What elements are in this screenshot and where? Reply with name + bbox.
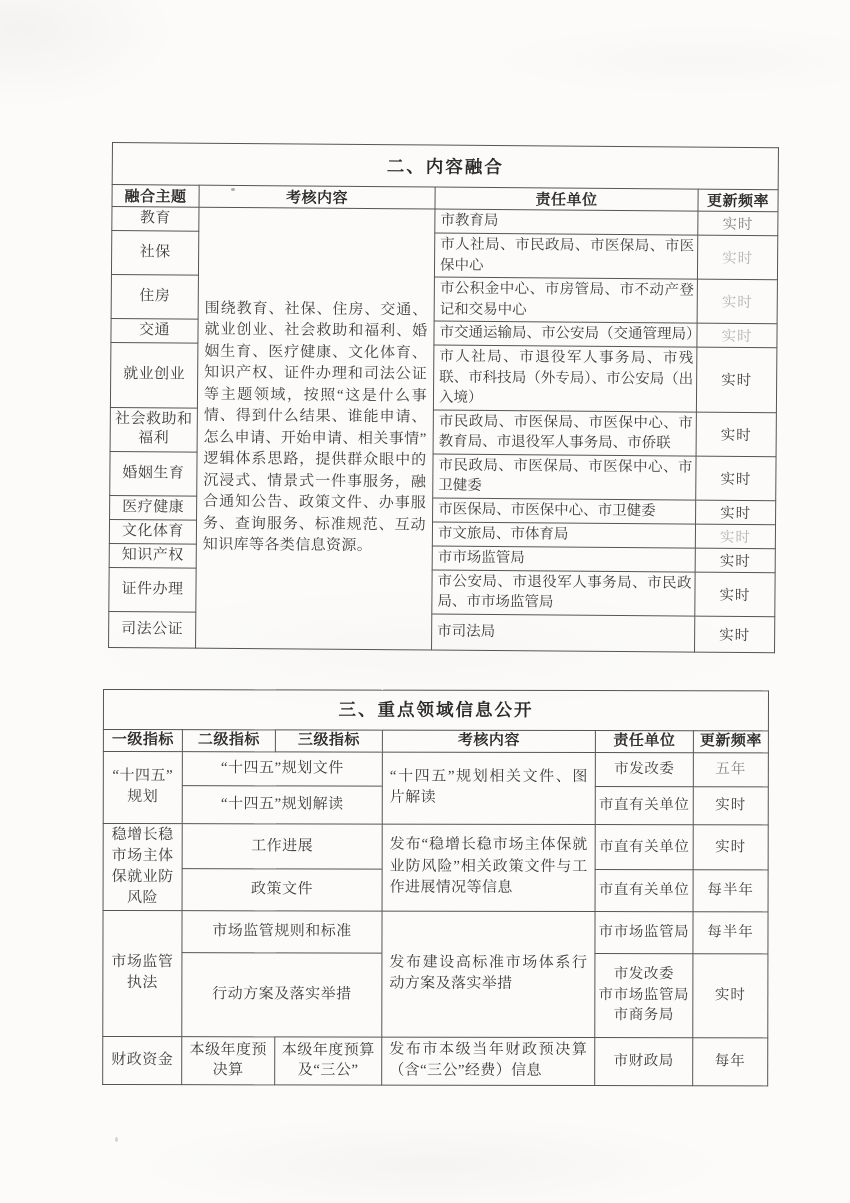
frequency-cell: 实时 xyxy=(693,786,768,824)
frequency-cell: 每半年 xyxy=(693,911,768,953)
level3-cell: 本级年度预算及“三公” xyxy=(275,1036,382,1084)
table-row: 稳增长稳市场主体保就业防风险 工作进展 发布“稳增长稳市场主体保就业防风险”相关… xyxy=(103,823,768,870)
unit-line: 市发改委 xyxy=(598,964,689,985)
table2-header-unit: 责任单位 xyxy=(595,731,693,753)
frequency-cell: 实时 xyxy=(696,456,776,501)
table-row: 教育 围绕教育、社保、住房、交通、就业创业、社会救助和福利、婚姻生育、医疗健康、… xyxy=(112,207,778,236)
unit-cell: 市民政局、市医保局、市医保中心、市教育局、市退役军人事务局、市侨联 xyxy=(433,410,696,456)
level1-cell: 财政资金 xyxy=(103,1036,182,1084)
unit-cell: 市市场监管局 xyxy=(432,546,695,572)
level23-cell: 行动方案及落实举措 xyxy=(182,952,382,1036)
theme-cell: 社会救助和福利 xyxy=(110,407,197,452)
unit-cell: 市人社局、市退役军人事务局、市残联、市科技局（外专局）、市公安局（出入境） xyxy=(433,345,696,412)
assessment-content-cell: 发布“稳增长稳市场主体保就业防风险”相关政策文件与工作进展情况等信息 xyxy=(382,824,595,911)
level23-cell: 市场监管规则和标准 xyxy=(182,910,382,952)
unit-cell: 市公安局、市退役军人事务局、市民政局、市市场监管局 xyxy=(432,570,695,616)
theme-cell: 证件办理 xyxy=(109,567,196,612)
frequency-cell: 每半年 xyxy=(693,870,768,912)
unit-cell: 市教育局 xyxy=(435,209,698,235)
unit-line: 市商务局 xyxy=(598,1005,689,1026)
table-row: “十四五”规划 “十四五”规划文件 “十四五”规划相关文件、图片解读 市发改委 … xyxy=(103,751,768,786)
frequency-cell: 实时 xyxy=(697,235,777,280)
unit-cell: 市司法局 xyxy=(432,614,695,652)
theme-cell: 婚姻生育 xyxy=(110,451,197,496)
level1-cell: “十四五”规划 xyxy=(103,751,182,823)
theme-cell: 文化体育 xyxy=(109,519,196,544)
unit-cell: 市直有关单位 xyxy=(595,786,693,824)
assessment-content-cell: 发布建设高标准市场体系行动方案及落实举措 xyxy=(382,911,595,1037)
table2-title: 三、重点领域信息公开 xyxy=(103,690,768,731)
theme-cell: 教育 xyxy=(112,207,199,232)
unit-cell: 市民政局、市医保局、市医保中心、市卫健委 xyxy=(433,454,696,500)
frequency-cell: 实时 xyxy=(693,824,768,870)
table1-header-assessment: 考核内容 xyxy=(199,185,435,209)
theme-cell: 交通 xyxy=(111,318,198,343)
table1-header-unit: 责任单位 xyxy=(435,187,698,211)
table2-header-level1: 一级指标 xyxy=(103,730,182,752)
frequency-cell: 实时 xyxy=(696,347,777,412)
frequency-cell: 实时 xyxy=(695,572,775,617)
table1-header-frequency: 更新频率 xyxy=(698,189,778,212)
unit-cell: 市财政局 xyxy=(595,1037,693,1085)
level23-cell: “十四五”规划解读 xyxy=(182,785,382,823)
frequency-cell: 实时 xyxy=(695,616,775,653)
table2-header-frequency: 更新频率 xyxy=(693,731,768,753)
unit-cell: 市发改委 xyxy=(595,752,693,786)
table-row: 市场监管执法 市场监管规则和标准 发布建设高标准市场体系行动方案及落实举措 市市… xyxy=(103,910,768,953)
table1-header-theme: 融合主题 xyxy=(112,185,199,208)
level1-cell: 市场监管执法 xyxy=(103,910,182,1036)
frequency-cell: 实时 xyxy=(697,279,777,324)
theme-cell: 医疗健康 xyxy=(110,495,197,520)
assessment-content-cell: 围绕教育、社保、住房、交通、就业创业、社会救助和福利、婚姻生育、医疗健康、文化体… xyxy=(196,207,435,649)
theme-cell: 住房 xyxy=(111,274,198,319)
level23-cell: 工作进展 xyxy=(182,823,382,869)
assessment-content-cell: “十四五”规划相关文件、图片解读 xyxy=(382,752,595,824)
frequency-cell: 实时 xyxy=(696,412,776,457)
table2-header-level3: 三级指标 xyxy=(275,730,382,752)
table2-header-assessment: 考核内容 xyxy=(382,730,595,752)
frequency-cell: 每年 xyxy=(693,1037,768,1085)
unit-cell: 市交通运输局、市公安局（交通管理局） xyxy=(434,321,697,347)
unit-cell: 市公积金中心、市房管局、市不动产登记和交易中心 xyxy=(434,277,697,323)
level23-cell: 政策文件 xyxy=(182,869,382,911)
level23-cell: “十四五”规划文件 xyxy=(182,751,382,785)
key-areas-disclosure-table: 三、重点领域信息公开 一级指标 二级指标 三级指标 考核内容 责任单位 更新频率… xyxy=(102,689,769,1086)
theme-cell: 司法公证 xyxy=(109,611,196,648)
level2-cell: 本级年度预决算 xyxy=(182,1036,275,1084)
unit-cell: 市市场监管局 xyxy=(595,911,693,953)
unit-cell: 市直有关单位 xyxy=(595,870,693,912)
table-row: 财政资金 本级年度预决算 本级年度预算及“三公” 发布市本级当年财政预决算（含“… xyxy=(103,1036,768,1085)
level1-cell: 稳增长稳市场主体保就业防风险 xyxy=(103,823,182,910)
frequency-cell: 实时 xyxy=(695,548,775,573)
frequency-cell: 实时 xyxy=(697,323,777,348)
scanned-document-page: 二、内容融合 融合主题 考核内容 责任单位 更新频率 教育 围绕教育、社保、住房… xyxy=(0,0,850,1203)
frequency-cell: 实时 xyxy=(698,211,778,236)
scan-speck xyxy=(115,1137,118,1142)
unit-cell: 市发改委 市市场监管局 市商务局 xyxy=(595,953,693,1037)
table2-header-level2: 二级指标 xyxy=(182,730,275,752)
frequency-cell: 实时 xyxy=(693,953,768,1037)
frequency-cell: 实时 xyxy=(695,524,775,549)
unit-cell: 市人社局、市民政局、市医保局、市医保中心 xyxy=(434,233,697,279)
content-fusion-table: 二、内容融合 融合主题 考核内容 责任单位 更新频率 教育 围绕教育、社保、住房… xyxy=(108,142,779,653)
theme-cell: 社保 xyxy=(111,231,198,276)
unit-cell: 市文旅局、市体育局 xyxy=(432,522,695,548)
theme-cell: 就业创业 xyxy=(110,342,198,407)
unit-line: 市市场监管局 xyxy=(598,985,689,1006)
frequency-cell: 实时 xyxy=(696,500,776,525)
frequency-cell: 五年 xyxy=(693,752,768,786)
unit-cell: 市医保局、市医保中心、市卫健委 xyxy=(433,498,696,524)
unit-cell: 市直有关单位 xyxy=(595,824,693,870)
theme-cell: 知识产权 xyxy=(109,543,196,568)
table1-title: 二、内容融合 xyxy=(112,143,778,190)
assessment-content-cell: 发布市本级当年财政预决算（含“三公”经费）信息 xyxy=(382,1037,595,1085)
